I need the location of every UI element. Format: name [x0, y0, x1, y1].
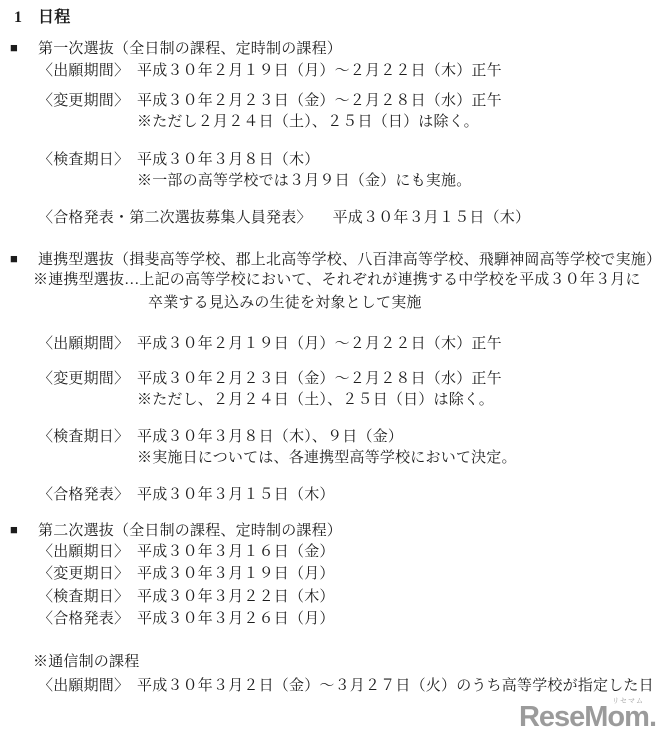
document-page: 1日程 ■第一次選抜（全日制の課程、定時制の課程） 〈出願期間〉平成３０年２月１…	[0, 0, 664, 740]
schedule-value: 平成３０年３月８日（木）	[137, 152, 319, 168]
schedule-label: 〈検査期日〉	[38, 589, 137, 606]
schedule-value: 平成３０年２月２３日（金）～２月２８日（水）正午	[137, 371, 502, 387]
section2-title-row: ■連携型選抜（揖斐高等学校、郡上北高等学校、八百津高等学校、飛騨神岡高等学校で実…	[10, 250, 661, 269]
note-line: ※一部の高等学校では３月９日（金）にも実施。	[137, 173, 471, 190]
note-line: 卒業する見込みの生徒を対象として実施	[148, 295, 422, 312]
resemom-wordmark: ReseMom	[519, 701, 649, 733]
schedule-value: 平成３０年３月２２日（木）	[137, 589, 335, 605]
schedule-value: 平成３０年２月１９日（月）～２月２２日（木）正午	[137, 63, 502, 79]
schedule-value: 平成３０年３月１５日（木）	[137, 487, 335, 503]
schedule-value: 平成３０年３月１５日（木）	[333, 210, 531, 226]
section1-title: 第一次選抜（全日制の課程、定時制の課程）	[38, 41, 342, 57]
heading-number: 1	[14, 9, 38, 26]
schedule-value: 平成３０年２月２３日（金）～２月２８日（水）正午	[137, 93, 502, 109]
heading-title: 日程	[38, 9, 70, 26]
schedule-row: 〈変更期間〉平成３０年２月２３日（金）～２月２８日（水）正午	[38, 93, 502, 110]
schedule-row: 〈変更期間〉平成３０年２月２３日（金）～２月２８日（水）正午	[38, 371, 502, 388]
schedule-row: 〈出願期間〉平成３０年２月１９日（月）～２月２２日（木）正午	[38, 336, 502, 353]
schedule-value: 平成３０年３月１６日（金）	[137, 544, 335, 560]
schedule-label: 〈合格発表〉	[38, 611, 137, 628]
section1-title-row: ■第一次選抜（全日制の課程、定時制の課程）	[10, 39, 342, 58]
resemom-logo-ruby: リセマム	[612, 698, 644, 705]
schedule-label: 〈出願期間〉	[38, 63, 137, 80]
page-heading: 1日程	[14, 9, 70, 26]
square-bullet-icon: ■	[10, 521, 38, 538]
schedule-label: 〈合格発表〉	[38, 487, 137, 504]
schedule-value: 平成３０年３月１９日（月）	[137, 566, 335, 582]
resemom-logo-dot: .	[649, 701, 656, 733]
resemom-logo: リセマムReseMom.	[519, 703, 656, 732]
schedule-row: 〈出願期間〉平成３０年２月１９日（月）～２月２２日（木）正午	[38, 63, 502, 80]
section2-title: 連携型選抜（揖斐高等学校、郡上北高等学校、八百津高等学校、飛騨神岡高等学校で実施…	[38, 252, 661, 268]
schedule-row: 〈変更期日〉平成３０年３月１９日（月）	[38, 566, 335, 583]
schedule-row: 〈合格発表〉平成３０年３月１５日（木）	[38, 487, 335, 504]
note-line: ※実施日については、各連携型高等学校において決定。	[137, 450, 517, 467]
schedule-row: 〈検査期日〉平成３０年３月２２日（木）	[38, 589, 335, 606]
resemom-logo-text: リセマムReseMom.	[519, 703, 656, 732]
correspondence-course-note: ※通信制の課程	[33, 654, 139, 671]
section3-title: 第二次選抜（全日制の課程、定時制の課程）	[38, 523, 342, 539]
schedule-label: 〈検査期日〉	[38, 152, 137, 169]
schedule-label: 〈出願期間〉	[38, 336, 137, 353]
schedule-value: 平成３０年２月１９日（月）～２月２２日（木）正午	[137, 336, 502, 352]
schedule-row: 〈合格発表〉平成３０年３月２６日（月）	[38, 611, 335, 628]
schedule-row: 〈出願期日〉平成３０年３月１６日（金）	[38, 544, 335, 561]
note-line: ※連携型選抜…上記の高等学校において、それぞれが連携する中学校を平成３０年３月に	[33, 272, 641, 289]
schedule-label: 〈変更期間〉	[38, 93, 137, 110]
schedule-value: 平成３０年３月８日（木）、９日（金）	[137, 429, 403, 445]
note-line: ※ただし２月２４日（土）、２５日（日）は除く。	[137, 114, 479, 131]
schedule-label: 〈変更期間〉	[38, 371, 137, 388]
schedule-value: 平成３０年３月２６日（月）	[137, 611, 335, 627]
schedule-label: 〈出願期日〉	[38, 544, 137, 561]
schedule-label: 〈合格発表・第二次選抜募集人員発表〉	[38, 210, 312, 227]
square-bullet-icon: ■	[10, 39, 38, 56]
schedule-label: 〈変更期日〉	[38, 566, 137, 583]
note-line: ※ただし、２月２４日（土）、２５日（日）は除く。	[137, 392, 494, 409]
schedule-row: 〈出願期間〉平成３０年３月２日（金）～３月２７日（火）のうち高等学校が指定した日	[38, 678, 654, 695]
schedule-label: 〈検査期日〉	[38, 429, 137, 446]
section3-title-row: ■第二次選抜（全日制の課程、定時制の課程）	[10, 521, 342, 540]
schedule-value: 平成３０年３月２日（金）～３月２７日（火）のうち高等学校が指定した日	[137, 678, 654, 694]
schedule-row: 〈検査期日〉平成３０年３月８日（木）	[38, 152, 319, 169]
schedule-row: 〈検査期日〉平成３０年３月８日（木）、９日（金）	[38, 429, 403, 446]
square-bullet-icon: ■	[10, 250, 38, 267]
schedule-row: 〈合格発表・第二次選抜募集人員発表〉平成３０年３月１５日（木）	[38, 210, 530, 227]
schedule-label: 〈出願期間〉	[38, 678, 137, 695]
